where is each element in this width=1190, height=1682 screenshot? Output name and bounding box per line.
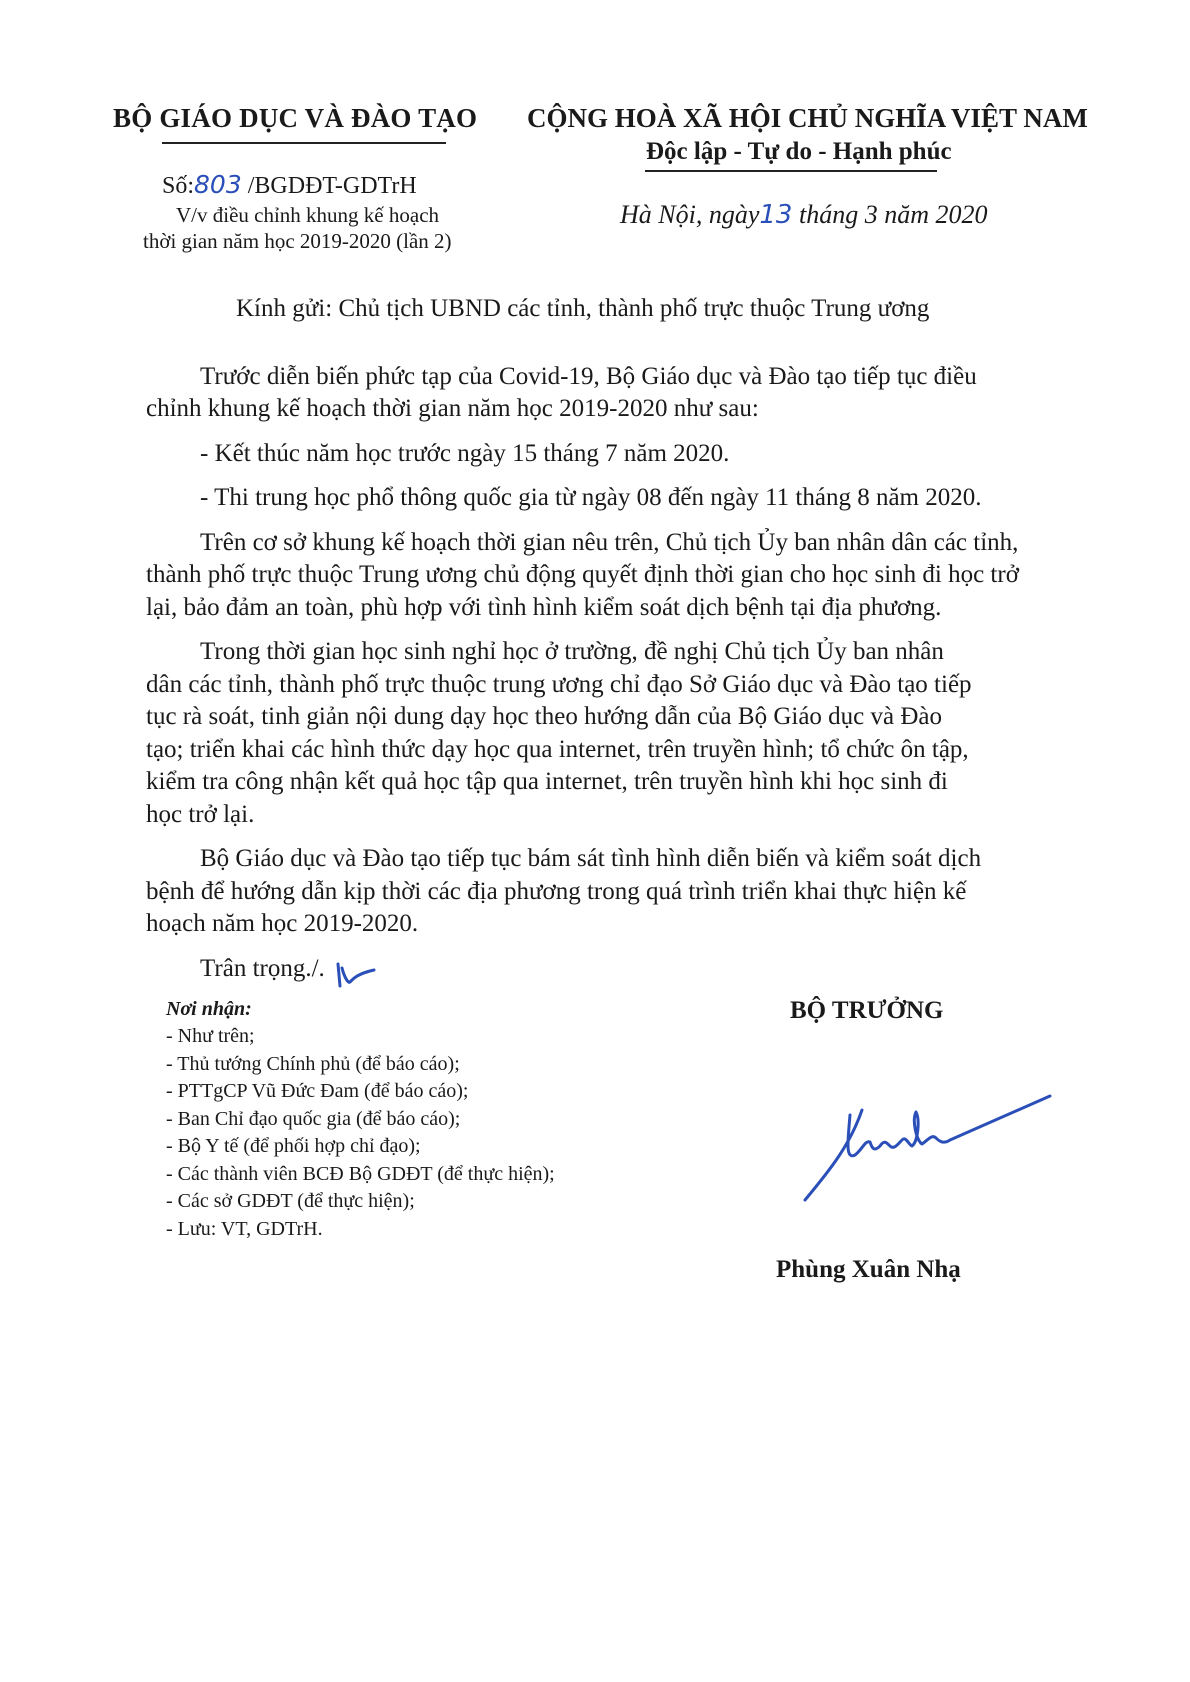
paragraph-3-line: Trong thời gian học sinh nghỉ học ở trườ… [200, 638, 944, 666]
place-date-suffix: tháng 3 năm 2020 [799, 200, 988, 229]
recipient-item: - Các sở GDĐT (để thực hiện); [166, 1190, 415, 1213]
document-number: Số:803 /BGDĐT-GDTrH [162, 170, 417, 200]
paragraph-3-line: học trở lại. [146, 801, 254, 829]
paragraph-2-line: Trên cơ sở khung kế hoạch thời gian nêu … [200, 529, 1018, 557]
recipient-item: - Như trên; [166, 1025, 255, 1048]
motto-underline [645, 170, 937, 172]
national-title: CỘNG HOÀ XÃ HỘI CHỦ NGHĨA VIỆT NAM [527, 103, 1088, 134]
handwritten-signature-icon [800, 1090, 1060, 1210]
paragraph-2-line: lại, bảo đảm an toàn, phù hợp với tình h… [146, 594, 941, 622]
paragraph-3-line: dân các tỉnh, thành phố trực thuộc trung… [146, 671, 972, 699]
paragraph-3-line: kiểm tra công nhận kết quả học tập qua i… [146, 768, 948, 796]
place-date-prefix: Hà Nội, ngày [620, 200, 759, 229]
doc-number-handwritten: 803 [194, 170, 242, 199]
subject-line-1: V/v điều chỉnh khung kế hoạch [176, 203, 439, 228]
addressee: Kính gửi: Chủ tịch UBND các tỉnh, thành … [236, 295, 929, 323]
doc-number-suffix: /BGDĐT-GDTrH [248, 173, 417, 199]
paragraph-3-line: tạo; triển khai các hình thức dạy học qu… [146, 736, 969, 764]
recipient-item: - Lưu: VT, GDTrH. [166, 1218, 323, 1241]
paragraph-1-line: chỉnh khung kế hoạch thời gian năm học 2… [146, 395, 759, 423]
signer-title: BỘ TRƯỞNG [790, 997, 944, 1025]
paragraph-3-line: tục rà soát, tinh giản nội dung dạy học … [146, 703, 942, 731]
paragraph-2-line: thành phố trực thuộc Trung ương chủ động… [146, 561, 1019, 589]
recipient-item: - Ban Chỉ đạo quốc gia (để báo cáo); [166, 1108, 460, 1131]
closing: Trân trọng./. [200, 955, 325, 983]
paragraph-1-line: Trước diễn biến phức tạp của Covid-19, B… [200, 363, 977, 391]
subject-line-2: thời gian năm học 2019-2020 (lần 2) [143, 229, 452, 254]
paragraph-4-line: bệnh để hướng dẫn kịp thời các địa phươn… [146, 878, 966, 906]
recipients-title: Nơi nhận: [166, 998, 252, 1021]
recipient-item: - Bộ Y tế (để phối hợp chỉ đạo); [166, 1135, 421, 1158]
bullet-item: - Kết thúc năm học trước ngày 15 tháng 7… [200, 440, 729, 468]
recipient-item: - PTTgCP Vũ Đức Đam (để báo cáo); [166, 1080, 468, 1103]
signer-name: Phùng Xuân Nhạ [776, 1256, 961, 1284]
recipient-item: - Thủ tướng Chính phủ (để báo cáo); [166, 1053, 460, 1076]
initials-mark-icon [334, 960, 384, 992]
agency-underline [162, 142, 446, 144]
doc-number-prefix: Số: [162, 173, 194, 199]
paragraph-4-line: Bộ Giáo dục và Đào tạo tiếp tục bám sát … [200, 845, 981, 873]
bullet-item: - Thi trung học phổ thông quốc gia từ ng… [200, 484, 981, 512]
date-day-handwritten: 13 [759, 200, 792, 230]
recipient-item: - Các thành viên BCĐ Bộ GDĐT (để thực hi… [166, 1163, 555, 1186]
issuing-agency: BỘ GIÁO DỤC VÀ ĐÀO TẠO [113, 103, 477, 134]
place-date: Hà Nội, ngày13 tháng 3 năm 2020 [620, 200, 987, 230]
national-motto: Độc lập - Tự do - Hạnh phúc [646, 138, 952, 166]
paragraph-4-line: hoạch năm học 2019-2020. [146, 910, 418, 938]
